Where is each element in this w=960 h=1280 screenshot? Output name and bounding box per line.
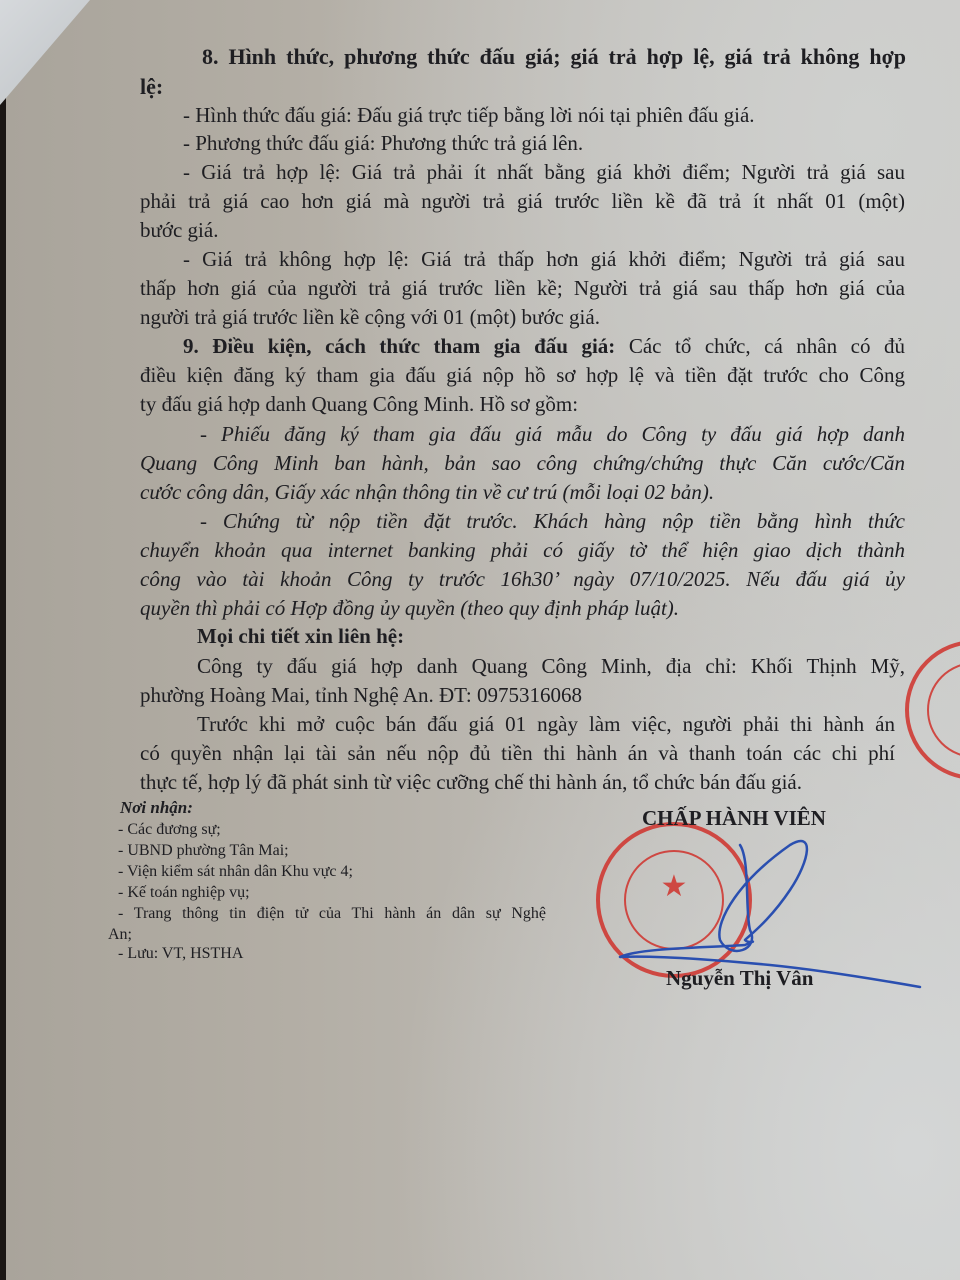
recipient-item: - Viện kiểm sát nhân dân Khu vực 4; (118, 862, 353, 882)
section9-heading-rest: Các tổ chức, cá nhân có đủ (615, 334, 905, 358)
signer-name: Nguyễn Thị Vân (666, 966, 813, 990)
section9-heading: 9. Điều kiện, cách thức tham gia đấu giá… (183, 334, 615, 358)
section9-italic-line: - Phiếu đăng ký tham gia đấu giá mẫu do … (200, 422, 905, 446)
section9-heading-line: 9. Điều kiện, cách thức tham gia đấu giá… (183, 334, 905, 358)
section9-italic-line: Quang Công Minh ban hành, bản sao công c… (140, 451, 905, 475)
section8-line: người trả giá trước liền kề cộng với 01 … (140, 305, 600, 329)
section9-italic-line: công vào tài khoản Công ty trước 16h30’ … (140, 567, 905, 591)
section8-heading: 8. Hình thức, phương thức đấu giá; giá t… (202, 45, 906, 69)
partial-seal-stamp (905, 640, 960, 780)
section9-line: điều kiện đăng ký tham gia đấu giá nộp h… (140, 363, 905, 387)
recipient-item: An; (108, 925, 132, 945)
notice-line: có quyền nhận lại tài sản nếu nộp đủ tiề… (140, 741, 895, 765)
recipient-item: - Các đương sự; (118, 820, 221, 840)
section8-heading-cont: lệ: (140, 75, 163, 99)
section9-italic-line: cước công dân, Giấy xác nhận thông tin v… (140, 480, 714, 504)
recipient-item: - Trang thông tin điện tử của Thi hành á… (118, 904, 546, 924)
contact-line: phường Hoàng Mai, tỉnh Nghệ An. ĐT: 0975… (140, 683, 582, 707)
recipient-item: - Kế toán nghiệp vụ; (118, 883, 250, 903)
section8-line: - Phương thức đấu giá: Phương thức trả g… (183, 131, 583, 155)
contact-heading: Mọi chi tiết xin liên hệ: (197, 624, 404, 648)
section9-line: ty đấu giá hợp danh Quang Công Minh. Hồ … (140, 392, 578, 416)
document-page: 8. Hình thức, phương thức đấu giá; giá t… (0, 0, 960, 1280)
notice-line: thực tế, hợp lý đã phát sinh từ việc cưỡ… (140, 770, 802, 794)
section8-line: thấp hơn giá của người trả giá trước liề… (140, 276, 905, 300)
section8-line: bước giá. (140, 218, 218, 242)
section9-italic-line: quyền thì phải có Hợp đồng ủy quyền (the… (140, 596, 679, 620)
section9-italic-line: - Chứng từ nộp tiền đặt trước. Khách hàn… (200, 509, 905, 533)
section8-line: - Hình thức đấu giá: Đấu giá trực tiếp b… (183, 103, 755, 127)
contact-line: Công ty đấu giá hợp danh Quang Công Minh… (197, 654, 905, 678)
recipients-heading: Nơi nhận: (120, 798, 193, 818)
section9-italic-line: chuyển khoản qua internet banking phải c… (140, 538, 905, 562)
partial-seal-inner-ring (927, 662, 960, 758)
recipient-item: - UBND phường Tân Mai; (118, 841, 289, 861)
section8-line: phải trả giá cao hơn giá mà người trả gi… (140, 189, 905, 213)
notice-line: Trước khi mở cuộc bán đấu giá 01 ngày là… (197, 712, 895, 736)
section8-line: - Giá trả không hợp lệ: Giá trả thấp hơn… (183, 247, 905, 271)
recipient-item: - Lưu: VT, HSTHA (118, 944, 243, 964)
section8-line: - Giá trả hợp lệ: Giá trả phải ít nhất b… (183, 160, 905, 184)
